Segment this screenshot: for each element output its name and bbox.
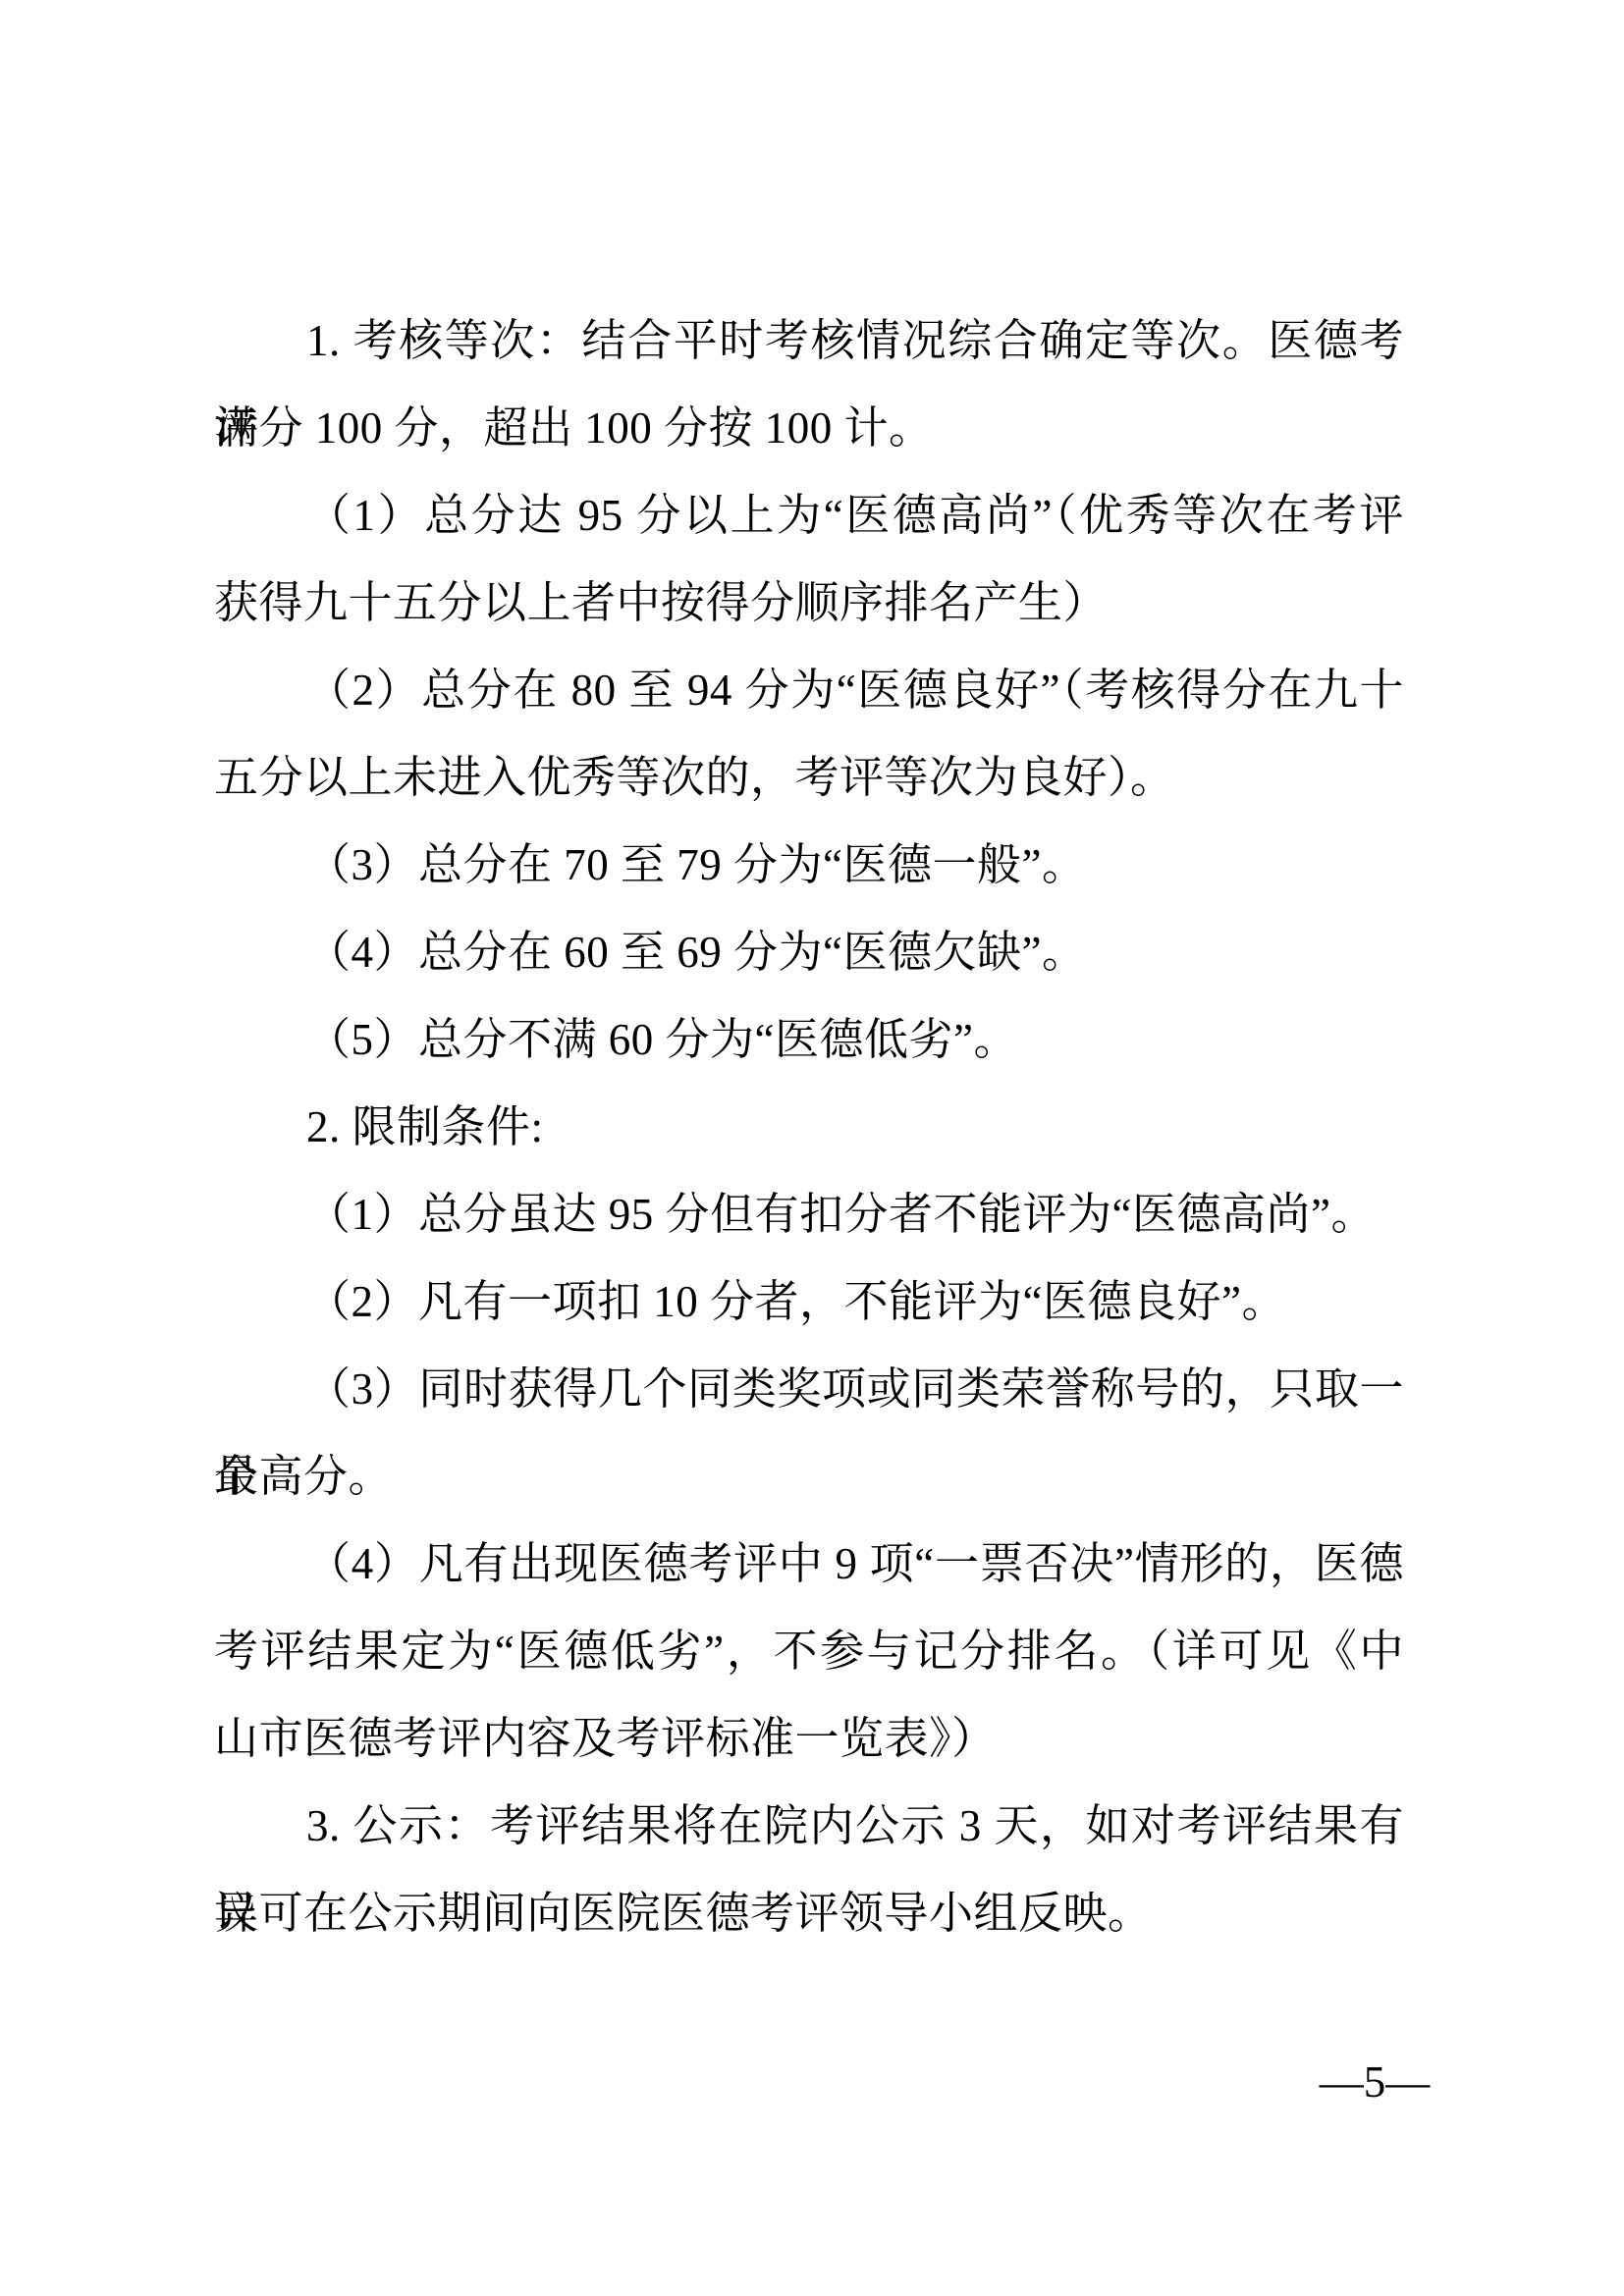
text-line: 最高分。 (214, 1433, 1404, 1521)
text-line: 满分 100 分，超出 100 分按 100 计。 (214, 385, 1404, 472)
text-line: 议可在公示期间向医院医德考评领导小组反映。 (214, 1870, 1404, 1957)
text-line: （1）总分达 95 分以上为“医德高尚”（优秀等次在考评 (214, 472, 1404, 560)
text-line: 3. 公示：考评结果将在院内公示 3 天，如对考评结果有异 (214, 1783, 1404, 1870)
document-body-text: 1. 考核等次：结合平时考核情况综合确定等次。医德考评 满分 100 分，超出 … (214, 297, 1404, 1957)
text-line: 获得九十五分以上者中按得分顺序排名产生） (214, 560, 1404, 647)
text-line: 山市医德考评内容及考评标准一览表》） (214, 1695, 1404, 1783)
text-line: （5）总分不满 60 分为“医德低劣”。 (214, 996, 1404, 1084)
text-line: （1）总分虽达 95 分但有扣分者不能评为“医德高尚”。 (214, 1171, 1404, 1258)
text-line: （4）总分在 60 至 69 分为“医德欠缺”。 (214, 909, 1404, 996)
text-line: 考评结果定为“医德低劣”，不参与记分排名。（详可见《中 (214, 1608, 1404, 1695)
text-line: （3）总分在 70 至 79 分为“医德一般”。 (214, 822, 1404, 909)
text-line: （4）凡有出现医德考评中 9 项“一票否决”情形的，医德 (214, 1521, 1404, 1608)
text-line: 2. 限制条件: (214, 1084, 1404, 1171)
text-line: （2）总分在 80 至 94 分为“医德良好”（考核得分在九十 (214, 647, 1404, 734)
text-line: （2）凡有一项扣 10 分者，不能评为“医德良好”。 (214, 1258, 1404, 1346)
text-line: 五分以上未进入优秀等次的，考评等次为良好）。 (214, 734, 1404, 822)
page-number: —5— (1306, 2057, 1443, 2107)
document-page: 1. 考核等次：结合平时考核情况综合确定等次。医德考评 满分 100 分，超出 … (0, 0, 1624, 2296)
text-line: （3）同时获得几个同类奖项或同类荣誉称号的，只取一个 (214, 1346, 1404, 1433)
text-line: 1. 考核等次：结合平时考核情况综合确定等次。医德考评 (214, 297, 1404, 385)
